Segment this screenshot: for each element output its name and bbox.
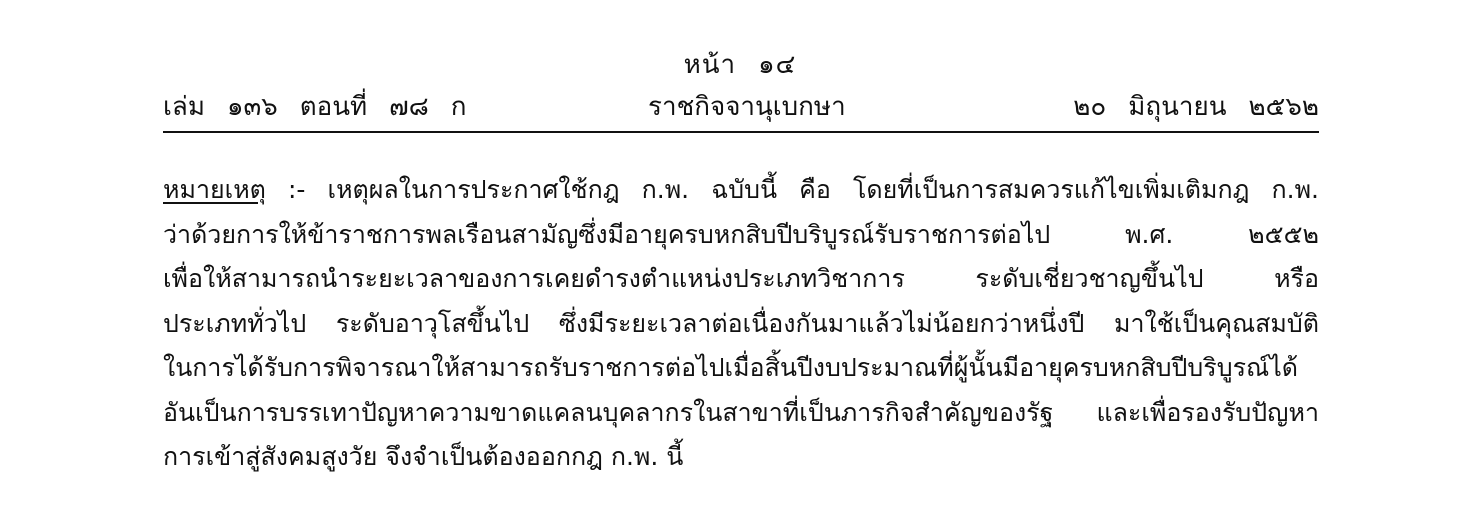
date-day: ๒๐ <box>1073 92 1106 122</box>
note-line-2: ว่าด้วยการให้ข้าราชการพลเรือนสามัญซึ่งมี… <box>163 213 1319 258</box>
note-label: หมายเหตุ <box>163 175 266 204</box>
section-number: ๗๘ <box>389 92 429 122</box>
note-line-1: หมายเหตุ :- เหตุผลในการประกาศใช้กฎ ก.พ. … <box>163 168 1319 213</box>
date-month: มิถุนายน <box>1128 92 1226 122</box>
volume-number: ๑๓๖ <box>227 92 278 122</box>
note-line-3: เพื่อให้สามารถนำระยะเวลาของการเคยดำรงตำแ… <box>163 257 1319 302</box>
header-rule <box>163 131 1319 133</box>
note-text-1: :- เหตุผลในการประกาศใช้กฎ ก.พ. ฉบับนี้ ค… <box>266 175 1319 204</box>
note-line-7: การเข้าสู่สังคมสูงวัย จึงจำเป็นต้องออกกฎ… <box>163 435 1319 480</box>
note-line-6: อันเป็นการบรรเทาปัญหาความขาดแคลนบุคลากรใ… <box>163 391 1319 436</box>
page-label: หน้า <box>684 50 737 80</box>
volume-label: เล่ม <box>163 92 205 122</box>
gazette-header: เล่ม๑๓๖ตอนที่๗๘ก ราชกิจจานุเบกษา ๒๐มิถุน… <box>163 86 1319 122</box>
note-paragraph: หมายเหตุ :- เหตุผลในการประกาศใช้กฎ ก.พ. … <box>163 168 1319 480</box>
date-year: ๒๕๖๒ <box>1249 92 1319 122</box>
volume-info: เล่ม๑๓๖ตอนที่๗๘ก <box>163 86 489 127</box>
page-number: หน้า๑๔ <box>0 44 1480 85</box>
note-line-4: ประเภททั่วไป ระดับอาวุโสขึ้นไป ซึ่งมีระย… <box>163 302 1319 347</box>
section-label: ตอนที่ <box>300 92 367 122</box>
section-type: ก <box>451 92 467 122</box>
page-value: ๑๔ <box>758 50 796 80</box>
publication-date: ๒๐มิถุนายน๒๕๖๒ <box>1051 86 1319 127</box>
note-line-5: ในการได้รับการพิจารณาให้สามารถรับราชการต… <box>163 346 1319 391</box>
publication-title: ราชกิจจานุเบกษา <box>648 86 846 127</box>
